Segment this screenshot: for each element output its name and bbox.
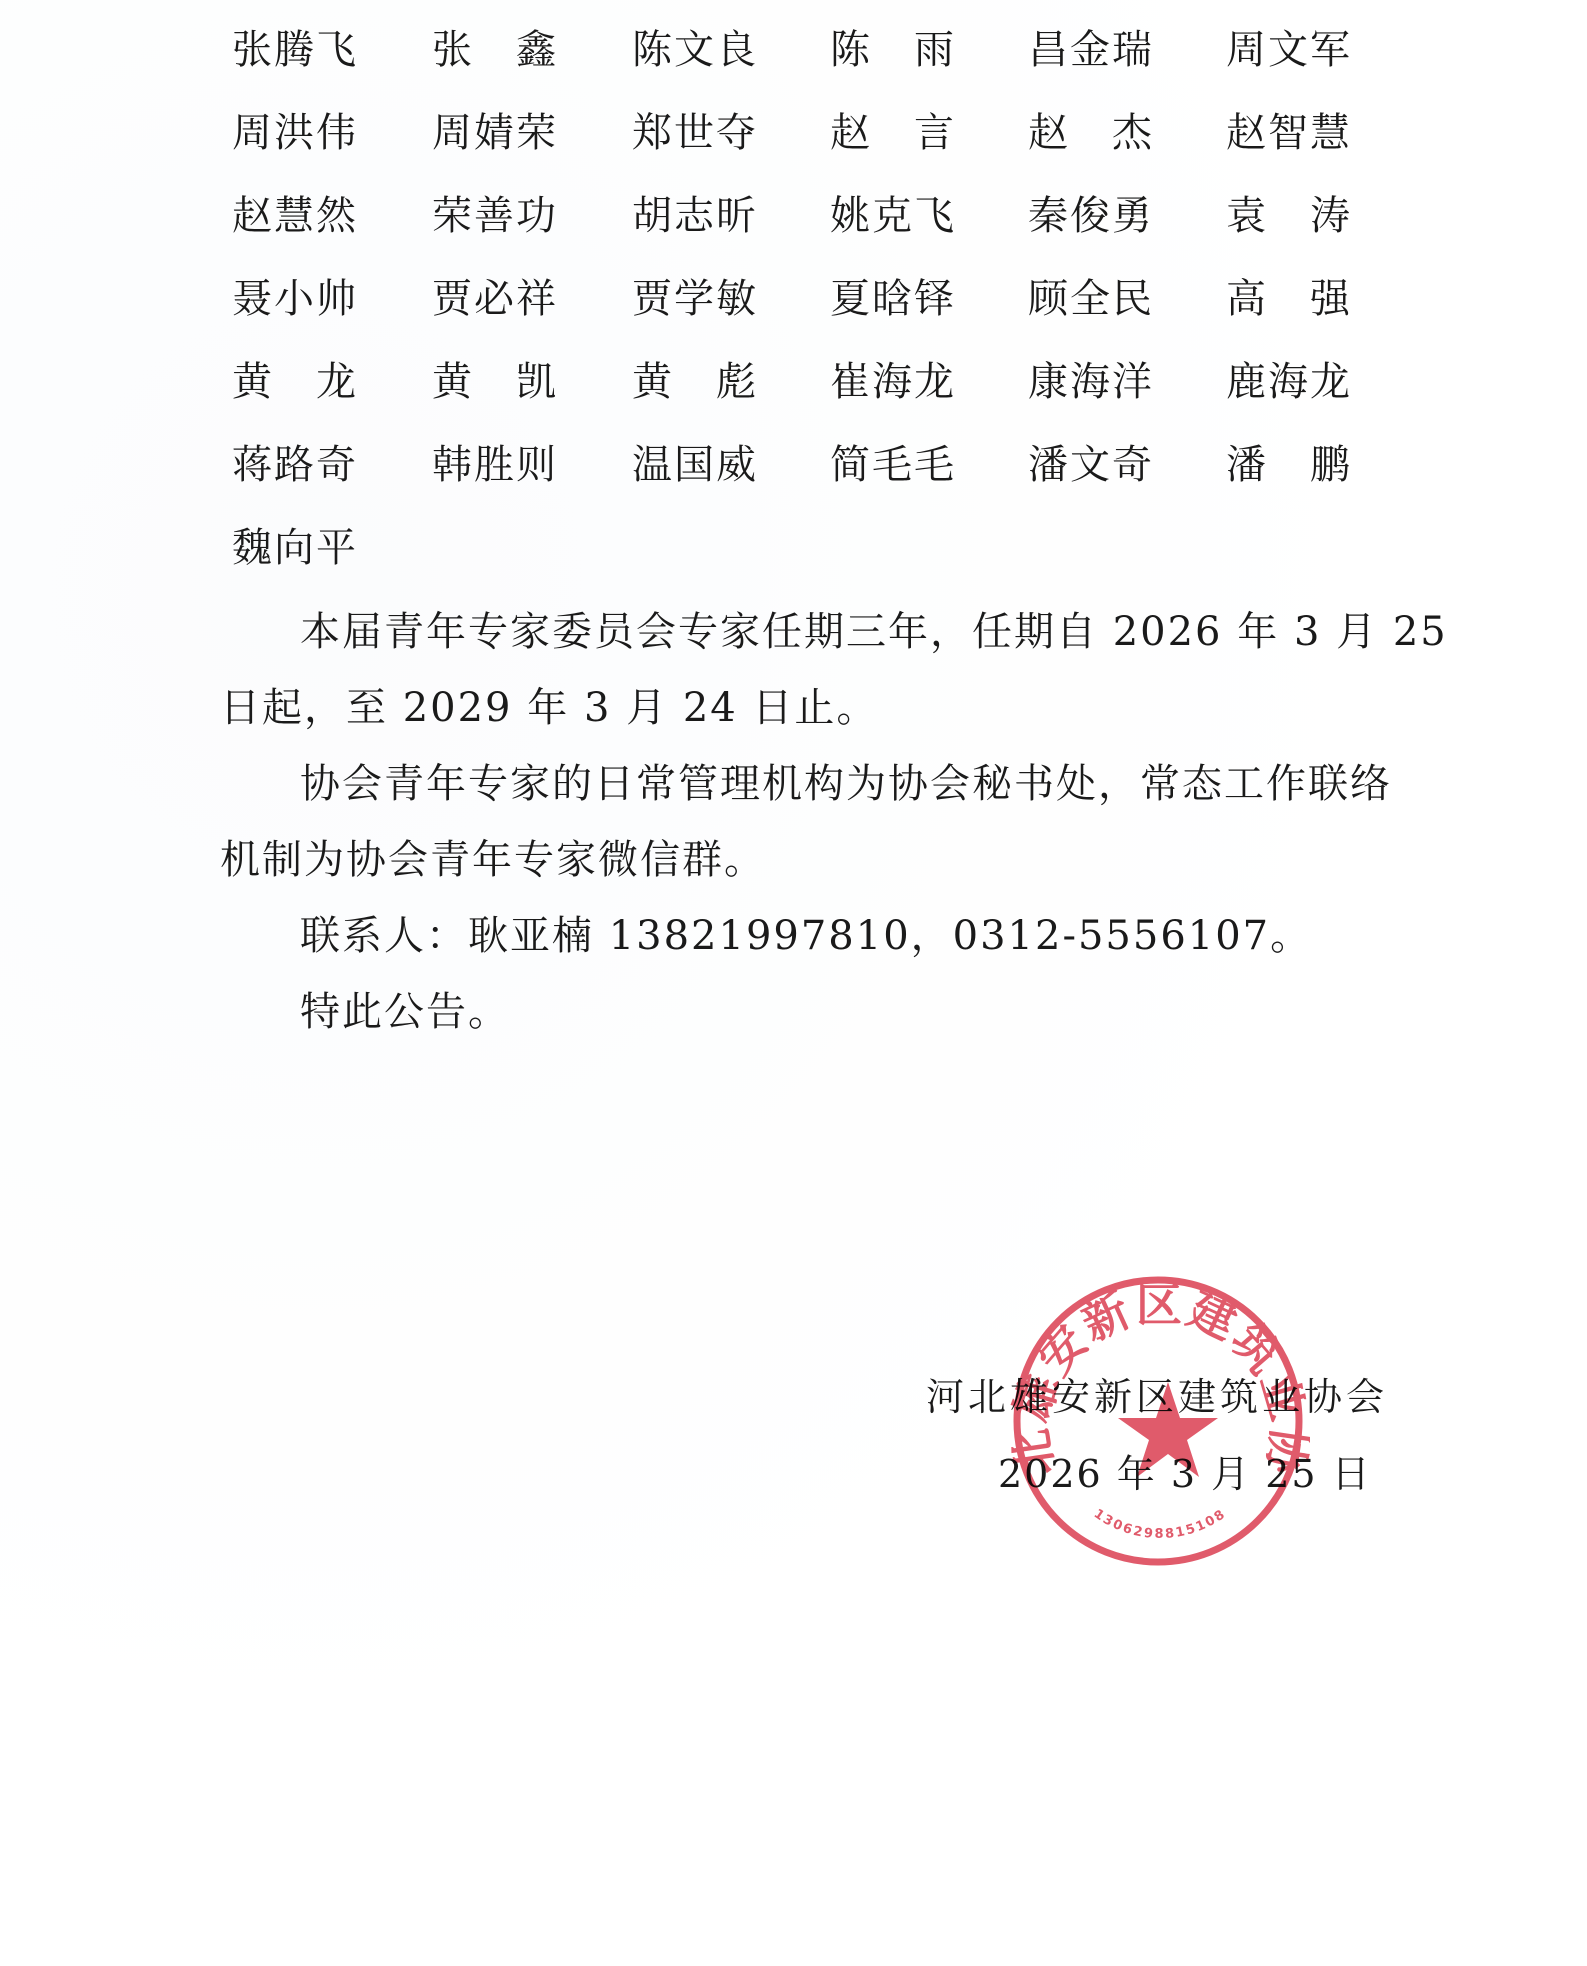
svg-text:1306298815108: 1306298815108 — [1091, 1506, 1229, 1542]
expert-name: 黄凯 — [432, 352, 556, 412]
expert-name: 郑世夺 — [632, 103, 756, 163]
expert-name: 赵言 — [830, 103, 954, 163]
expert-name: 姚克飞 — [830, 186, 954, 246]
expert-name: 韩胜则 — [432, 435, 556, 495]
expert-name: 陈雨 — [830, 20, 954, 80]
expert-name: 胡志昕 — [632, 186, 756, 246]
term-paragraph-line1: 本届青年专家委员会专家任期三年，任期自 2026 年 3 月 25 — [300, 594, 1448, 670]
expert-name: 贾学敏 — [632, 269, 756, 329]
contact-line: 联系人：耿亚楠 13821997810，0312-5556107。 — [300, 898, 1312, 974]
name-row: 赵慧然荣善功胡志昕姚克飞秦俊勇袁涛 — [232, 186, 1432, 246]
expert-name: 康海洋 — [1028, 352, 1152, 412]
star-icon — [1118, 1382, 1218, 1477]
expert-name: 赵杰 — [1028, 103, 1152, 163]
expert-name: 赵慧然 — [232, 186, 356, 246]
expert-name: 张腾飞 — [232, 20, 356, 80]
name-row: 魏向平 — [232, 518, 1432, 578]
document-page: 张腾飞张鑫陈文良陈雨昌金瑞周文军周洪伟周婧荣郑世夺赵言赵杰赵智慧赵慧然荣善功胡志… — [0, 0, 1587, 1966]
expert-name: 黄龙 — [232, 352, 356, 412]
expert-name: 聂小帅 — [232, 269, 356, 329]
expert-name: 顾全民 — [1028, 269, 1152, 329]
expert-name: 温国威 — [632, 435, 756, 495]
expert-name: 蒋路奇 — [232, 435, 356, 495]
name-row: 蒋路奇韩胜则温国威简毛毛潘文奇潘鹏 — [232, 435, 1432, 495]
expert-name: 魏向平 — [232, 518, 356, 578]
expert-name: 张鑫 — [432, 20, 556, 80]
expert-name: 简毛毛 — [830, 435, 954, 495]
expert-name: 周文军 — [1226, 20, 1350, 80]
name-row: 聂小帅贾必祥贾学敏夏晗铎顾全民高强 — [232, 269, 1432, 329]
expert-name: 昌金瑞 — [1028, 20, 1152, 80]
closing-line: 特此公告。 — [300, 974, 510, 1050]
term-paragraph-line2: 日起，至 2029 年 3 月 24 日止。 — [220, 670, 878, 746]
expert-name: 崔海龙 — [830, 352, 954, 412]
expert-name: 夏晗铎 — [830, 269, 954, 329]
expert-name: 潘文奇 — [1028, 435, 1152, 495]
management-paragraph-line2: 机制为协会青年专家微信群。 — [220, 822, 766, 898]
official-seal-stamp: 河北雄安新区建筑业协会 1306298815108 — [1010, 1272, 1310, 1572]
expert-name: 潘鹏 — [1226, 435, 1350, 495]
expert-name: 贾必祥 — [432, 269, 556, 329]
expert-name: 赵智慧 — [1226, 103, 1350, 163]
expert-name: 黄彪 — [632, 352, 756, 412]
stamp-code-text: 1306298815108 — [1091, 1506, 1229, 1542]
name-row: 张腾飞张鑫陈文良陈雨昌金瑞周文军 — [232, 20, 1432, 80]
expert-name: 袁涛 — [1226, 186, 1350, 246]
management-paragraph-line1: 协会青年专家的日常管理机构为协会秘书处，常态工作联络 — [300, 746, 1392, 822]
expert-name: 陈文良 — [632, 20, 756, 80]
expert-name: 鹿海龙 — [1226, 352, 1350, 412]
expert-name: 周婧荣 — [432, 103, 556, 163]
expert-name: 秦俊勇 — [1028, 186, 1152, 246]
name-row: 周洪伟周婧荣郑世夺赵言赵杰赵智慧 — [232, 103, 1432, 163]
expert-name: 高强 — [1226, 269, 1350, 329]
expert-name: 荣善功 — [432, 186, 556, 246]
name-row: 黄龙黄凯黄彪崔海龙康海洋鹿海龙 — [232, 352, 1432, 412]
expert-name: 周洪伟 — [232, 103, 356, 163]
